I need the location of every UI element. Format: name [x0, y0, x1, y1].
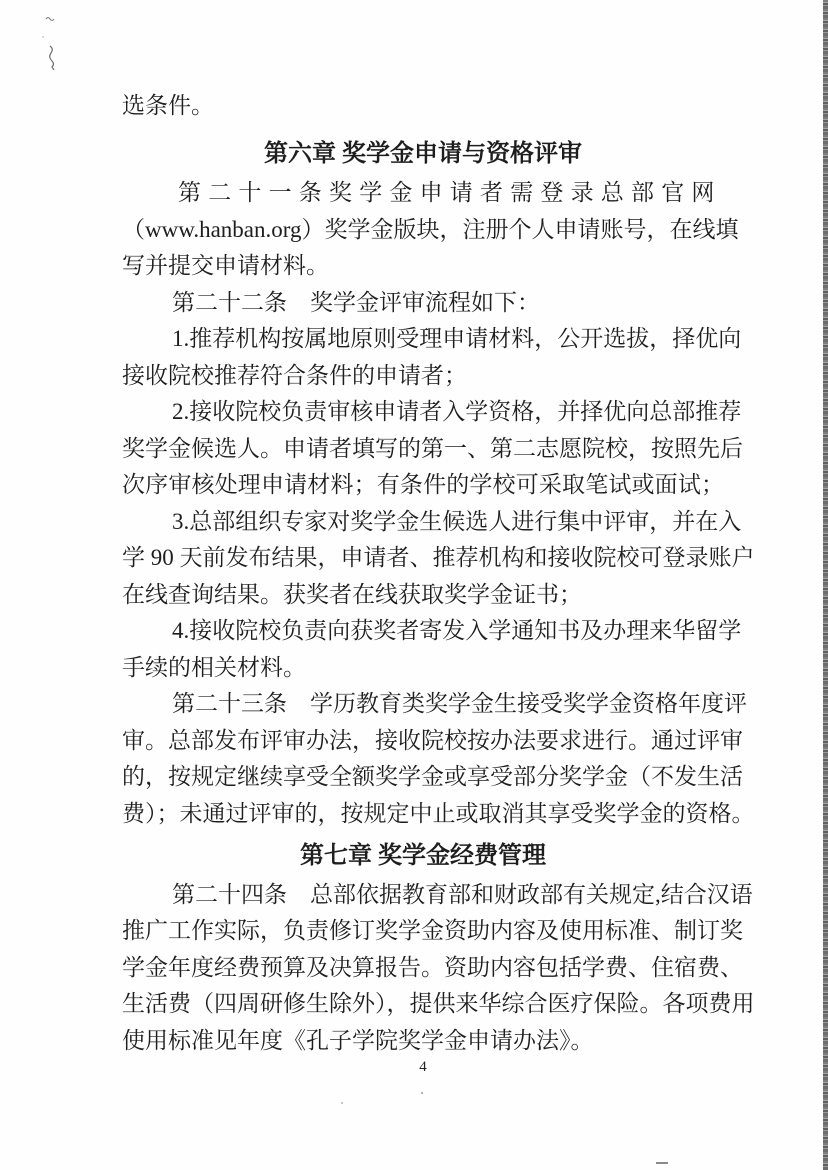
chapter-7-heading: 第七章 奖学金经费管理 — [122, 838, 724, 875]
body-line: 使用标准见年度《孔子学院奖学金申请办法》。 — [122, 1023, 724, 1060]
body-line: 在线查询结果。获奖者在线获取奖学金证书； — [122, 577, 724, 614]
article-21-line: 第二十一条奖学金申请者需登录总部官网 — [122, 175, 724, 212]
scan-artifact-mark — [44, 14, 58, 24]
body-line: 费）；未通过评审的，按规定中止或取消其享受奖学金的资格。 — [122, 796, 724, 833]
body-line: 选条件。 — [122, 88, 724, 125]
body-line: 接收院校推荐符合条件的申请者； — [122, 358, 724, 395]
body-line: 的，按规定继续享受全额奖学金或享受部分奖学金（不发生活 — [122, 759, 724, 796]
article-23-line: 第二十三条 学历教育类奖学金生接受奖学金资格年度评 — [122, 686, 724, 723]
body-line: 手续的相关材料。 — [122, 650, 724, 687]
scan-artifact-speck — [42, 36, 44, 38]
list-item-1-line: 1.推荐机构按属地原则受理申请材料，公开选拔，择优向 — [122, 321, 724, 358]
scan-artifact-speck — [421, 1092, 423, 1094]
body-line: 审。总部发布评审办法，接收院校按办法要求进行。通过评审 — [122, 723, 724, 760]
scan-artifact-squiggle — [46, 45, 56, 71]
list-item-3-line: 3.总部组织专家对奖学金生候选人进行集中评审，并在入 — [122, 504, 724, 541]
body-line: 学 90 天前发布结果，申请者、推荐机构和接收院校可登录账户 — [122, 540, 724, 577]
chapter-6-heading: 第六章 奖学金申请与资格评审 — [122, 136, 724, 173]
scan-artifact-dash — [656, 1162, 668, 1164]
body-line: 次序审核处理申请材料；有条件的学校可采取笔试或面试； — [122, 467, 724, 504]
scanned-document-page: 选条件。 第六章 奖学金申请与资格评审 第二十一条奖学金申请者需登录总部官网 （… — [0, 0, 828, 1170]
article-22-line: 第二十二条 奖学金评审流程如下： — [122, 285, 724, 322]
scan-edge-shadow — [823, 0, 828, 1170]
list-item-4-line: 4.接收院校负责向获奖者寄发入学通知书及办理来华留学 — [122, 613, 724, 650]
scan-artifact-speck — [341, 1102, 343, 1104]
article-24-line: 第二十四条 总部依据教育部和财政部有关规定,结合汉语 — [122, 877, 724, 914]
body-line: 学金年度经费预算及决算报告。资助内容包括学费、住宿费、 — [122, 950, 724, 987]
body-line: 生活费（四周研修生除外），提供来华综合医疗保险。各项费用 — [122, 986, 724, 1023]
page-number: 4 — [122, 1057, 724, 1077]
text-column: 选条件。 第六章 奖学金申请与资格评审 第二十一条奖学金申请者需登录总部官网 （… — [122, 88, 724, 1059]
body-line: 写并提交申请材料。 — [122, 248, 724, 285]
body-line: 推广工作实际，负责修订奖学金资助内容及使用标准、制订奖 — [122, 913, 724, 950]
body-line: 奖学金候选人。申请者填写的第一、第二志愿院校，按照先后 — [122, 431, 724, 468]
body-line: （www.hanban.org）奖学金版块，注册个人申请账号，在线填 — [122, 212, 724, 249]
list-item-2-line: 2.接收院校负责审核申请者入学资格，并择优向总部推荐 — [122, 394, 724, 431]
